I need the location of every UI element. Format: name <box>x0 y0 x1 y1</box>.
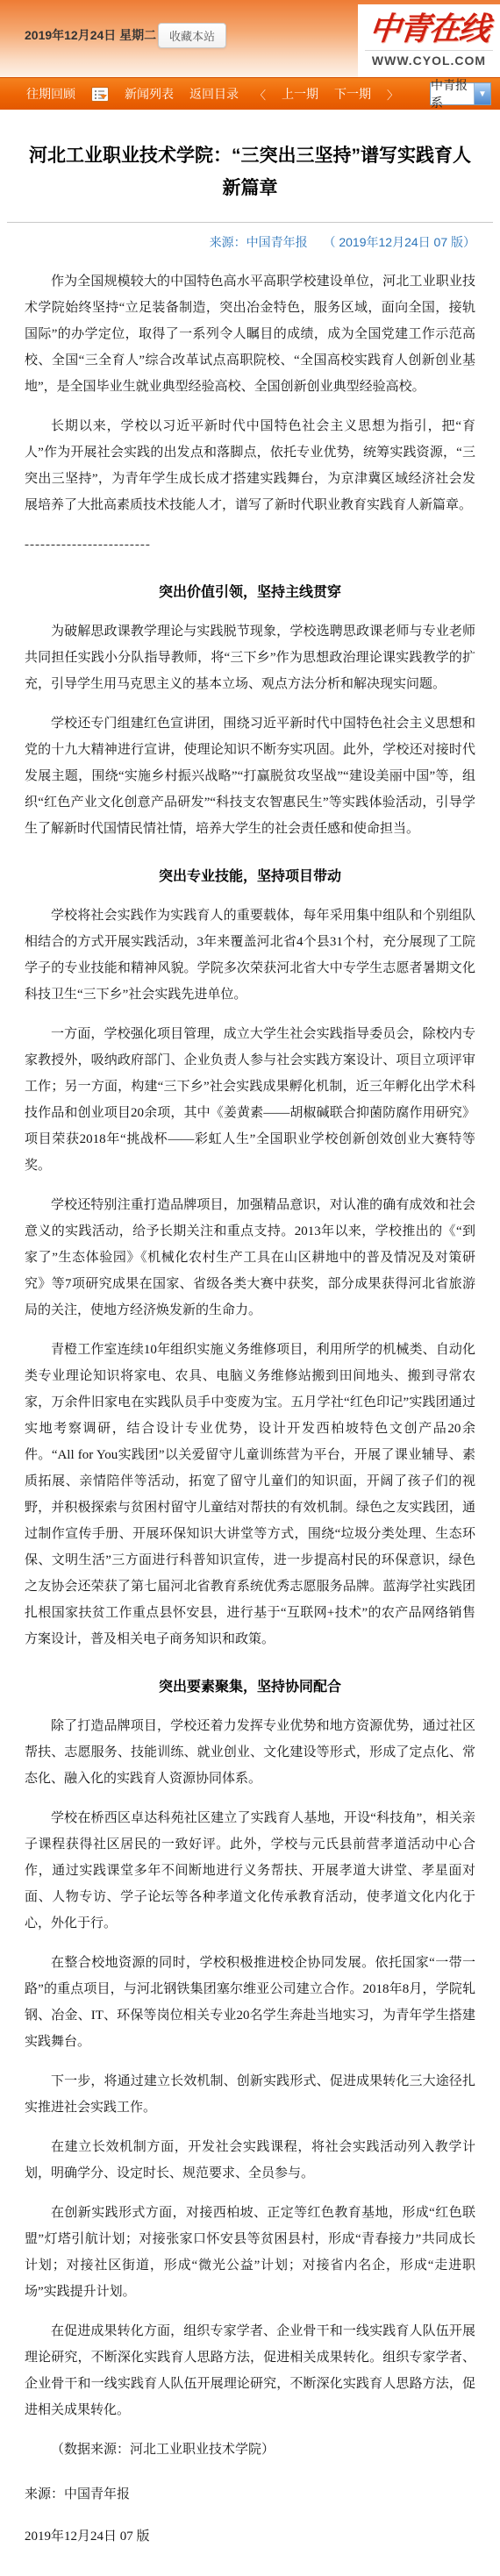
next-issue-arrow-icon[interactable]: 〉 <box>387 86 398 103</box>
nav-prev-issue-link[interactable]: 上一期 <box>282 85 318 103</box>
paragraph: 青橙工作室连续10年组织实施义务维修项目，利用所学的机械类、自动化类专业理论知识… <box>25 1337 475 1652</box>
article-footer: 来源：中国青年报 2019年12月24日 07 版 <box>0 2476 500 2576</box>
masthead: 2019年12月24日 星期二 收藏本站 中青在线 www.cyol.com <box>0 0 500 77</box>
newspaper-family-dropdown[interactable]: 中青报系 ▼ <box>430 82 491 105</box>
section-heading: 突出要素聚集，坚持协同配合 <box>25 1675 475 1695</box>
section-heading: 突出专业技能，坚持项目带动 <box>25 865 475 885</box>
nav-news-list-link[interactable]: 新闻列表 <box>125 85 174 103</box>
paragraph: 学校还特别注重打造品牌项目，加强精品意识，对认准的确有成效和社会意义的实践活动，… <box>25 1192 475 1324</box>
favorite-site-button[interactable]: 收藏本站 <box>158 23 226 48</box>
prev-issue-arrow-icon[interactable]: 〈 <box>254 86 266 103</box>
logo-calligraphy-text: 中青在线 <box>368 10 491 48</box>
nav-past-issues-link[interactable]: 往期回顾 <box>26 85 75 103</box>
footer-date: 2019年12月24日 07 版 <box>25 2523 475 2550</box>
article-title: 河北工业职业技术学院：“三突出三坚持”谱写实践育人新篇章 <box>25 139 475 204</box>
paragraph: 作为全国规模较大的中国特色高水平高职学校建设单位，河北工业职业技术学院始终坚持“… <box>25 268 475 400</box>
footer-source: 来源：中国青年报 <box>25 2481 475 2508</box>
paragraph: 学校在桥西区卓达科苑社区建立了实践育人基地，开设“科技角”，相关亲子课程获得社区… <box>25 1805 475 1937</box>
paragraph: 为破解思政课教学理论与实践脱节现象，学校选聘思政课老师与专业老师共同担任实践小分… <box>25 618 475 697</box>
source-row: 来源：中国青年报 （ 2019年12月24日 07 版） <box>25 223 475 268</box>
dropdown-selected-value: 中青报系 <box>431 83 474 104</box>
logo-domain-text: www.cyol.com <box>365 50 493 68</box>
current-date: 2019年12月24日 星期二 <box>25 26 156 44</box>
paragraph: 长期以来，学校以习近平新时代中国特色社会主义思想为指引，把“育人”作为开展社会实… <box>25 413 475 518</box>
article-source: 来源：中国青年报 <box>210 235 308 249</box>
nav-next-issue-link[interactable]: 下一期 <box>334 85 371 103</box>
paragraph: 在建立长效机制方面，开发社会实践课程，将社会实践活动列入教学计划，明确学分、设定… <box>25 2134 475 2187</box>
paragraph: 一方面，学校强化项目管理，成立大学生社会实践指导委员会，除校内专家教授外，吸纳政… <box>25 1021 475 1179</box>
chevron-down-icon[interactable]: ▼ <box>474 83 490 104</box>
paragraph: 学校还专门组建红色宣讲团，围绕习近平新时代中国特色社会主义思想和党的十九大精神进… <box>25 710 475 842</box>
section-heading: 突出价值引领，坚持主线贯穿 <box>25 581 475 601</box>
site-logo[interactable]: 中青在线 www.cyol.com <box>358 4 500 77</box>
paragraph: 学校将社会实践作为实践育人的重要载体，每年采用集中组队和个别组队相结合的方式开展… <box>25 903 475 1008</box>
dash-separator: ------------------------ <box>25 532 475 558</box>
paragraph: 在整合校地资源的同时，学校积极推进校企协同发展。依托国家“一带一路”的重点项目，… <box>25 1950 475 2055</box>
article: 河北工业职业技术学院：“三突出三坚持”谱写实践育人新篇章 来源：中国青年报 （ … <box>0 139 500 2463</box>
paragraph: 在促进成果转化方面，组织专家学者、企业骨干和一线实践育人队伍开展理论研究，不断深… <box>25 2318 475 2423</box>
issue-list-icon[interactable] <box>91 87 109 102</box>
article-source-date: （ 2019年12月24日 07 版） <box>323 235 475 249</box>
paragraph: 除了打造品牌项目，学校还着力发挥专业优势和地方资源优势，通过社区帮扶、志愿服务、… <box>25 1713 475 1792</box>
navbar: 往期回顾 新闻列表 返回目录 〈 上一期 下一期 〉 中青报系 ▼ <box>0 77 500 110</box>
paragraph: 在创新实践形式方面，对接西柏坡、正定等红色教育基地，形成“红色联盟”灯塔引航计划… <box>25 2200 475 2305</box>
data-source-note: （数据来源：河北工业职业技术学院） <box>25 2437 475 2463</box>
nav-return-toc-link[interactable]: 返回目录 <box>189 85 239 103</box>
paragraph: 下一步，将通过建立长效机制、创新实践形式、促进成果转化三大途径扎实推进社会实践工… <box>25 2068 475 2121</box>
